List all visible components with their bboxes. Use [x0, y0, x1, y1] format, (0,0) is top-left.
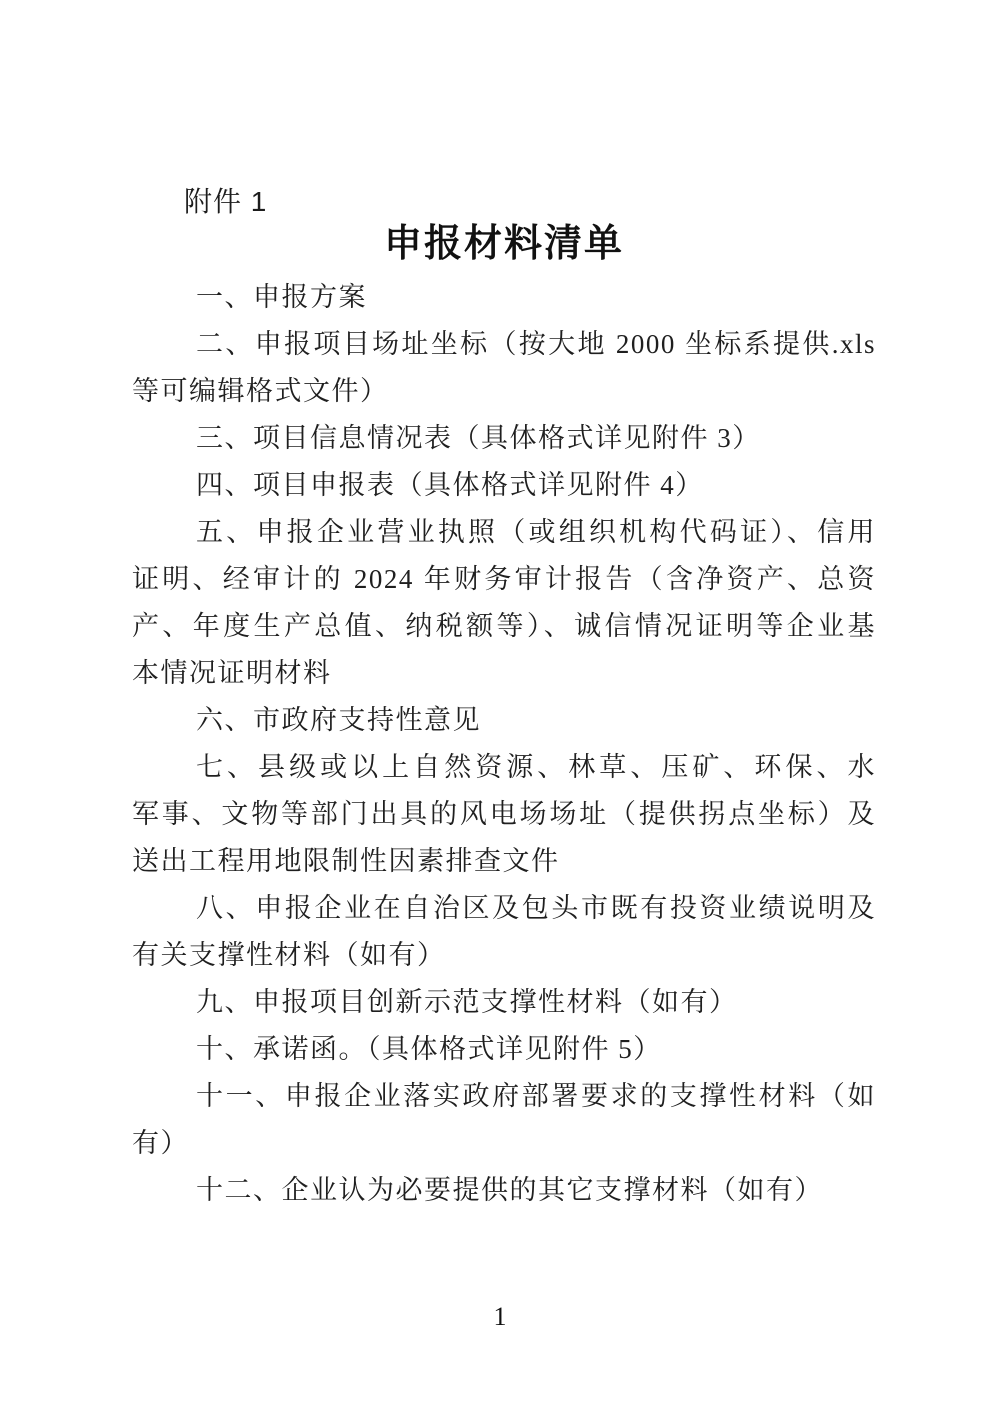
list-item-5-line-1: 五、申报企业营业执照（或组织机构代码证）、信用 [132, 509, 876, 556]
list-item-11-line-1: 十一、申报企业落实政府部署要求的支撑性材料（如 [132, 1073, 876, 1120]
document-body: 一、申报方案二、申报项目场址坐标（按大地 2000 坐标系提供.xls等可编辑格… [132, 274, 876, 1214]
document-page: 附件 1 申报材料清单 一、申报方案二、申报项目场址坐标（按大地 2000 坐标… [0, 0, 1000, 1414]
list-item-7-line-3: 送出工程用地限制性因素排查文件 [132, 838, 876, 885]
list-item-12-line-1: 十二、企业认为必要提供的其它支撑材料（如有） [132, 1167, 876, 1214]
list-item-5-line-2: 证明、经审计的 2024 年财务审计报告（含净资产、总资 [132, 556, 876, 603]
list-item-7-line-1: 七、县级或以上自然资源、林草、压矿、环保、水利、 [132, 744, 876, 791]
list-item-2-line-2: 等可编辑格式文件） [132, 368, 876, 415]
list-item-9-line-1: 九、申报项目创新示范支撑性材料（如有） [132, 979, 876, 1026]
list-item-7-line-2: 军事、文物等部门出具的风电场场址（提供拐点坐标）及 [132, 791, 876, 838]
list-item-4-line-1: 四、项目申报表（具体格式详见附件 4） [132, 462, 876, 509]
list-item-3-line-1: 三、项目信息情况表（具体格式详见附件 3） [132, 415, 876, 462]
list-item-5-line-4: 本情况证明材料 [132, 650, 876, 697]
list-item-8-line-1: 八、申报企业在自治区及包头市既有投资业绩说明及 [132, 885, 876, 932]
list-item-8-line-2: 有关支撑性材料（如有） [132, 932, 876, 979]
list-item-6-line-1: 六、市政府支持性意见 [132, 697, 876, 744]
list-item-2-line-1: 二、申报项目场址坐标（按大地 2000 坐标系提供.xls [132, 321, 876, 368]
list-item-10-line-1: 十、承诺函。（具体格式详见附件 5） [132, 1026, 876, 1073]
list-item-1-line-1: 一、申报方案 [132, 274, 876, 321]
document-title: 申报材料清单 [132, 221, 876, 267]
list-item-5-line-3: 产、年度生产总值、纳税额等）、诚信情况证明等企业基 [132, 603, 876, 650]
attachment-label: 附件 1 [184, 186, 267, 218]
page-number: 1 [0, 1302, 1000, 1332]
list-item-11-line-2: 有） [132, 1120, 876, 1167]
